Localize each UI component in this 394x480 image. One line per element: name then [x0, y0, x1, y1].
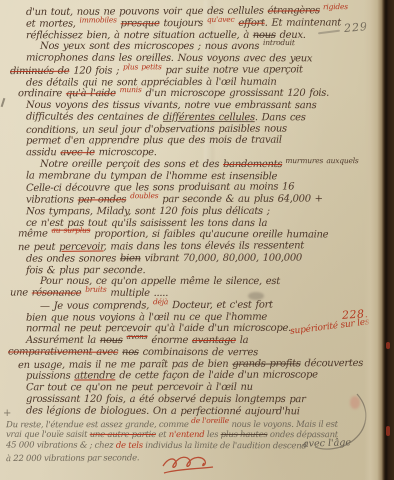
text-segment: Celle-ci découvre que les sons produisan…	[26, 182, 294, 195]
text-segment: fois & plus par seconde.	[26, 265, 145, 276]
text-segment: effort	[238, 17, 264, 28]
manuscript-text: d'un tout, nous ne pouvons voir que des …	[26, 6, 370, 417]
text-segment: réfléchissez bien, à notre situation act…	[26, 29, 253, 40]
text-segment: proportion, si faibles qu'aucune oreille…	[90, 229, 328, 241]
text-segment: et mortes,	[26, 18, 80, 29]
text-segment: de l'oreille	[191, 415, 229, 424]
text-segment: Du reste, l'étendue est assez grande, co…	[6, 420, 191, 430]
text-segment: ne peut	[18, 242, 59, 253]
text-segment: 120 fois ;	[69, 65, 123, 76]
text-segment: Nous voyons des tissus vivants, notre vu…	[26, 100, 316, 111]
text-segment: immobiles	[79, 15, 116, 24]
manuscript-line: Pour nous, ce qu'on appelle même le sile…	[26, 276, 370, 288]
text-segment: n'entend	[169, 430, 205, 440]
text-segment: puissions	[26, 371, 74, 382]
text-segment: difficultés des centaines de	[26, 111, 163, 122]
text-segment	[123, 335, 127, 346]
text-segment: doubles	[130, 191, 158, 200]
text-segment: comparativement avec	[8, 346, 118, 357]
text-segment: assidu	[26, 147, 60, 158]
book-fore-edge	[364, 0, 394, 480]
text-segment: conditions, un seul jour d'observations …	[26, 123, 287, 136]
manuscript-line: Nous voyons des tissus vivants, notre vu…	[26, 100, 370, 112]
text-segment: en usage, mais il ne me paraît pas de bi…	[18, 358, 232, 370]
text-segment: à 22 000 vibrations par seconde.	[6, 453, 139, 464]
text-segment: — Je vous comprends,	[40, 300, 153, 312]
text-segment: Docteur, et c'est fort	[168, 299, 273, 311]
text-segment: presque	[121, 18, 160, 29]
text-segment: bruits	[85, 284, 106, 293]
text-segment: Assurément la	[26, 335, 100, 346]
text-segment: microscope.	[95, 147, 157, 158]
manuscript-line: et mortes, immobiles presque toujours qu…	[26, 17, 370, 30]
manuscript-line: — Je vous comprends, déjà Docteur, et c'…	[26, 299, 370, 313]
text-segment: nous	[100, 335, 123, 346]
text-segment: bien	[120, 253, 141, 264]
text-segment: normal ne peut percevoir qu'à l'aide d'u…	[26, 323, 291, 334]
text-segment: d'un microscope grossissant 120 fois.	[142, 88, 329, 99]
text-segment: qu'avec	[207, 14, 235, 23]
text-segment: diminués de	[10, 65, 69, 76]
text-segment: déjà	[153, 296, 168, 305]
text-segment: résonance	[32, 288, 82, 299]
text-segment: plus petits	[123, 61, 162, 70]
text-segment: vibrations	[26, 194, 78, 205]
manuscript-line: réfléchissez bien, à notre situation act…	[26, 29, 370, 41]
manuscript-line: permet d'en apprendre plus que des mois …	[26, 135, 370, 148]
text-segment: énorme	[147, 335, 192, 346]
text-segment: de tels	[116, 441, 143, 451]
text-segment: percevoir	[59, 242, 104, 253]
pencil-flourish	[313, 392, 369, 454]
text-segment: la membrane du tympan de l'homme est ins…	[26, 170, 277, 182]
text-segment: par seconde & au plus 64,000 +	[158, 194, 322, 206]
text-segment: plus hautes	[221, 430, 268, 440]
red-edge-mark	[386, 342, 390, 349]
text-segment: microphones dans les oreilles. Nous voyo…	[26, 52, 312, 64]
text-segment: les	[204, 430, 220, 440]
text-segment: découvertes	[301, 357, 363, 368]
margin-tick	[1, 98, 6, 107]
text-segment: . Et maintenant	[265, 17, 341, 28]
text-segment: des légions de biologues. On a perfectio…	[26, 405, 300, 417]
manuscript-line: des ondes sonores bien vibrant 70,000, 8…	[26, 252, 370, 265]
text-segment: Notre oreille perçoit des sons et des	[40, 159, 223, 170]
text-segment: vrai que l'ouïe saisit	[6, 430, 90, 440]
red-scribble	[160, 452, 218, 479]
text-segment: des ondes sonores	[26, 253, 120, 264]
text-segment: de cette façon de l'aide d'un microscope	[115, 370, 317, 382]
text-segment: Nos tympans, Milady, sont 120 fois plus …	[26, 206, 270, 217]
text-segment: Car tout ce qu'on ne peut percevoir à l'…	[26, 382, 253, 393]
text-segment: permet d'en apprendre plus que des mois …	[26, 135, 282, 147]
text-segment: qu'à l'aide	[66, 88, 116, 99]
text-segment: étrangères	[268, 5, 320, 16]
text-segment: munis	[120, 85, 142, 94]
text-segment: des détails qui ne sont appréciables à l…	[26, 76, 276, 88]
text-segment: une	[10, 287, 32, 298]
text-segment: 45 000 vibrations & ; chez	[6, 441, 116, 451]
text-segment: attendre	[74, 371, 115, 382]
text-segment: grands profits	[232, 358, 300, 369]
manuscript-line: difficultés des centaines de différentes…	[26, 111, 370, 124]
text-segment: avons	[127, 331, 148, 340]
manuscript-page: d'un tout, nous ne pouvons voir que des …	[0, 0, 394, 480]
manuscript-line: Notre oreille perçoit des sons et des ba…	[26, 159, 370, 171]
text-segment: ordinaire	[18, 88, 66, 99]
text-segment: . Dans ces	[255, 112, 306, 123]
text-segment: bandements	[223, 159, 282, 170]
manuscript-line: Nos tympans, Milady, sont 120 fois plus …	[26, 205, 370, 217]
text-segment: Nos yeux sont des microscopes ; nous avo…	[40, 41, 263, 52]
text-segment: combinaisons de verres	[139, 347, 258, 358]
manuscript-line: fois & plus par seconde.	[26, 264, 370, 276]
text-segment: rigides	[320, 2, 348, 11]
text-segment: avantage	[192, 335, 236, 346]
text-segment: même	[18, 229, 52, 240]
text-segment: murmures auxquels	[282, 155, 358, 164]
text-segment: grossissant 120 fois, a été observé depu…	[26, 394, 306, 405]
text-segment: vibrant 70,000, 80,000, 100,000	[141, 252, 302, 264]
text-segment: avec le	[60, 147, 94, 158]
text-segment: différentes cellules	[163, 112, 255, 123]
red-edge-mark	[386, 426, 390, 436]
footnote-reference-mark: +	[3, 408, 11, 419]
manuscript-line: Nos yeux sont des microscopes ; nous avo…	[26, 41, 370, 53]
text-segment: individus la limite de l'audition descen…	[143, 441, 307, 451]
text-segment: par suite notre vue aperçoit	[162, 64, 303, 76]
text-segment: au surplus	[51, 225, 90, 234]
manuscript-line: Assurément la nous avons énorme avantage…	[26, 335, 370, 347]
text-segment: par ondes	[78, 194, 127, 205]
manuscript-line: comparativement avec nos combinaisons de…	[8, 346, 370, 359]
manuscript-line: vibrations par ondes doubles par seconde…	[26, 193, 370, 206]
text-segment: nos	[122, 347, 139, 358]
text-segment: une autre partie	[90, 430, 156, 440]
text-segment: introduit	[263, 38, 295, 47]
text-segment: Pour nous, ce qu'on appelle même le sile…	[40, 276, 280, 287]
manuscript-line: diminués de 120 fois ; plus petits par s…	[10, 64, 370, 78]
text-segment: la	[236, 335, 248, 346]
text-segment: , mais dans les tons élevés ils ressente…	[104, 240, 304, 252]
text-segment: bien que nous voyions à l'œil nu ce que …	[26, 311, 267, 323]
manuscript-line: puissions attendre de cette façon de l'a…	[26, 370, 370, 383]
manuscript-line: ordinaire qu'à l'aide munis d'un microsc…	[18, 88, 370, 100]
text-segment: toujours	[160, 18, 207, 29]
text-segment: et	[156, 430, 169, 440]
